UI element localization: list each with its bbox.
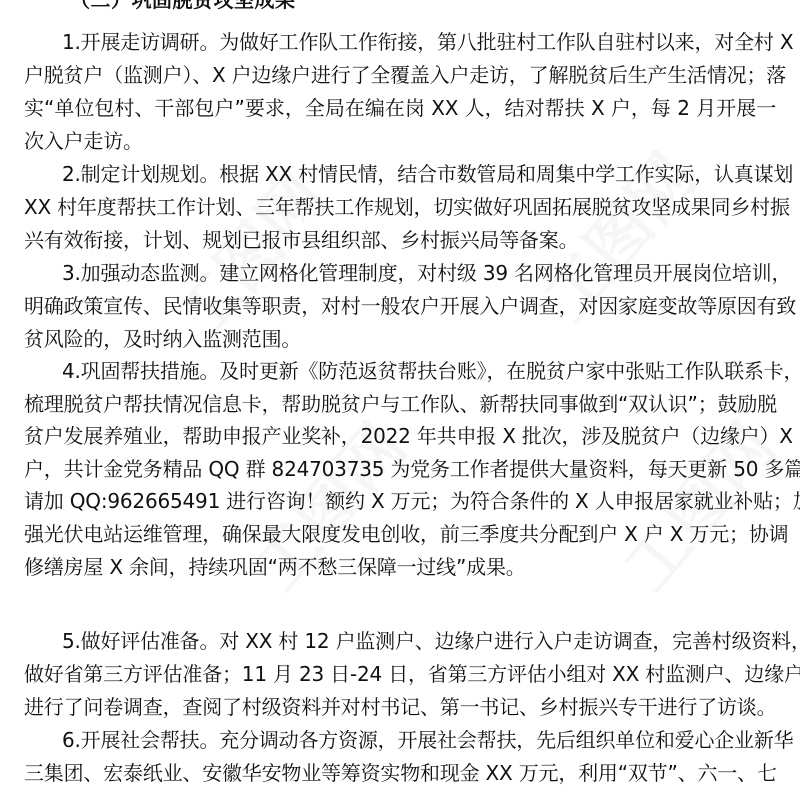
- paragraph-line: 5.做好评估准备。对 XX 村 12 户监测户、边缘户进行入户走访调查，完善村级…: [62, 625, 776, 657]
- paragraph-line: 三集团、宏泰纸业、安徽华安物业等筹资实物和现金 XX 万元，利用“双节”、六一、…: [24, 757, 776, 789]
- paragraph-line: 修缮房屋 X 余间，持续巩固“两不愁三保障一过线”成果。: [24, 551, 776, 583]
- paragraph-line: 兴有效衔接，计划、规划已报市县组织部、乡村振兴局等备案。: [24, 224, 776, 256]
- paragraph-line: 6.开展社会帮扶。充分调动各方资源，开展社会帮扶，先后组织单位和爱心企业新华: [62, 724, 776, 756]
- paragraph-line: 进行了问卷调查，查阅了村级资料并对村书记、第一书记、乡村振兴专干进行了访谈。: [24, 691, 776, 723]
- paragraph-line: 4.巩固帮扶措施。及时更新《防范返贫帮扶台账》，在脱贫户家中张贴工作队联系卡，: [62, 355, 776, 387]
- paragraph-line: 梳理脱贫户帮扶情况信息卡，帮助脱贫户与工作队、新帮扶同事做到“双认识”；鼓励脱: [24, 388, 776, 420]
- paragraph-line: 做好省第三方评估准备；11 月 23 日-24 日，省第三方评估小组对 XX 村…: [24, 658, 776, 690]
- paragraph-line: 强光伏电站运维管理，确保最大限度发电创收，前三季度共分配到户 X 户 X 万元；…: [24, 518, 776, 550]
- paragraph-line: 贫风险的，及时纳入监测范围。: [24, 323, 776, 355]
- paragraph-line: 户，共计金党务精品 QQ 群 824703735 为党务工作者提供大量资料，每天…: [24, 453, 776, 485]
- paragraph-line: 1.开展走访调研。为做好工作队工作衔接，第八批驻村工作队自驻村以来，对全村 X: [62, 26, 776, 58]
- paragraph-line: XX 村年度帮扶工作计划、三年帮扶工作规划，切实做好巩固拓展脱贫攻坚成果同乡村振: [24, 191, 776, 223]
- paragraph-line: 2.制定计划规划。根据 XX 村情民情，结合市数管局和周集中学工作实际，认真谋划: [62, 158, 776, 190]
- paragraph-line: 户脱贫户（监测户）、X 户边缘户进行了全覆盖入户走访，了解脱贫后生产生活情况；落: [24, 59, 776, 91]
- paragraph-line: 实“单位包村、干部包户”要求，全局在编在岗 XX 人，结对帮扶 X 户，每 2 …: [24, 92, 776, 124]
- paragraph-line: 贫户发展养殖业，帮助申报产业奖补，2022 年共申报 X 批次，涉及脱贫户（边缘…: [24, 420, 776, 452]
- paragraph-line: 明确政策宣传、民情收集等职责，对村一般农户开展入户调查，对因家庭变故等原因有致: [24, 290, 776, 322]
- section-heading: （二）巩固脱贫攻坚成果: [70, 0, 296, 16]
- paragraph-line: 3.加强动态监测。建立网格化管理制度，对村级 39 名网格化管理员开展岗位培训，: [62, 257, 776, 289]
- paragraph-line: 请加 QQ:962665491 进行咨询！额约 X 万元；为符合条件的 X 人申…: [24, 485, 776, 517]
- paragraph-line: 次入户走访。: [24, 125, 776, 157]
